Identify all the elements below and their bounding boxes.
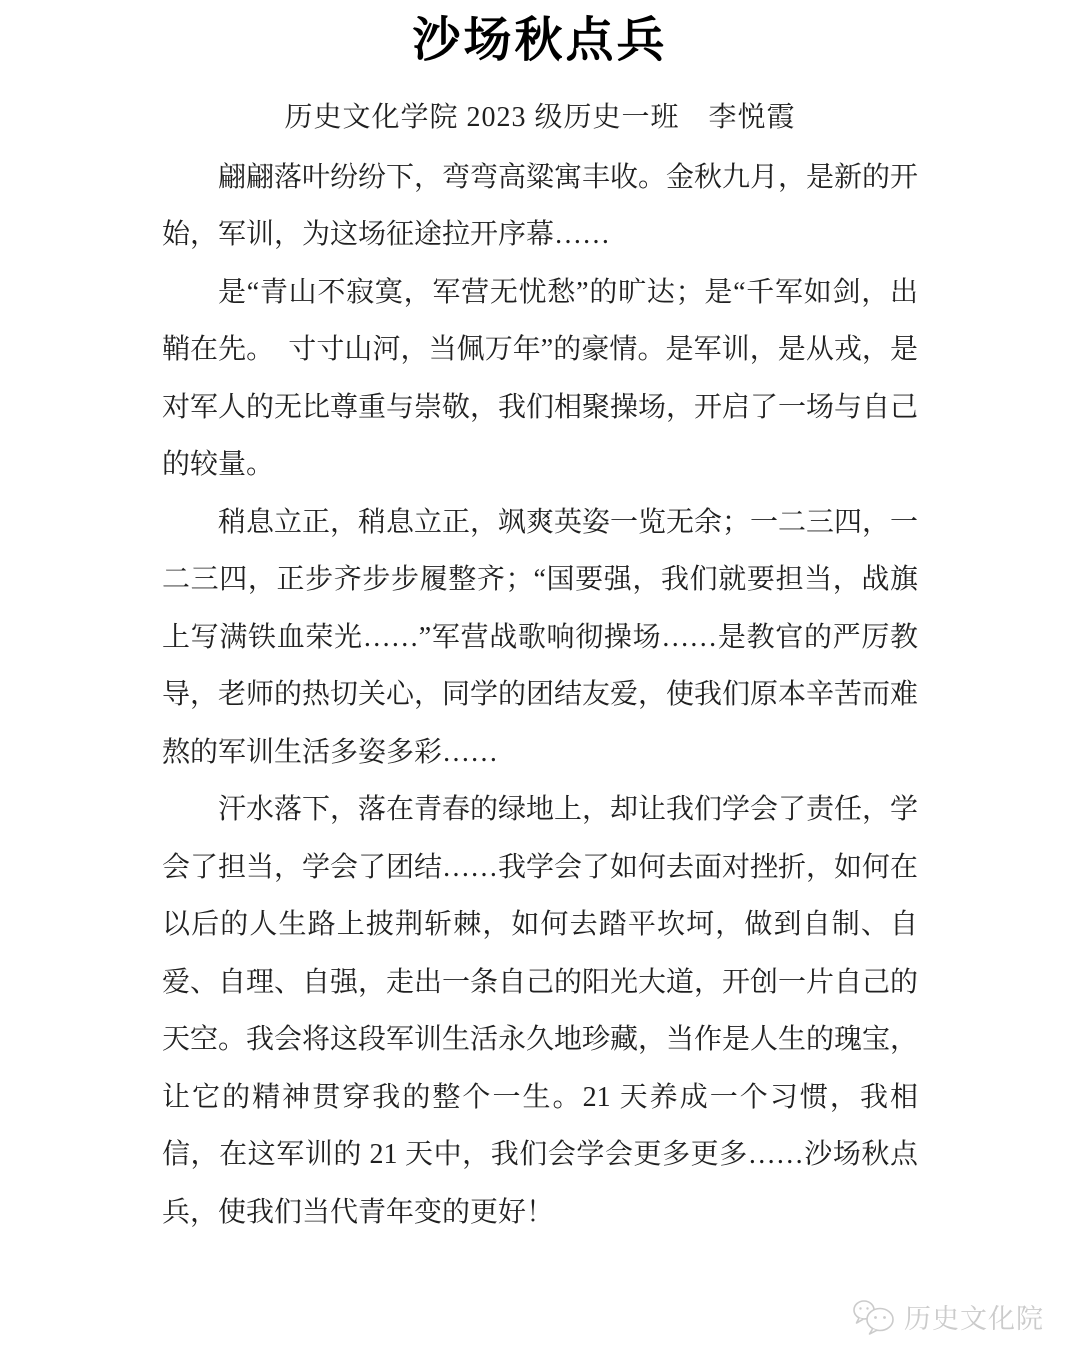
document-page: 沙场秋点兵 历史文化学院 2023 级历史一班 李悦霞 翩翩落叶纷纷下，弯弯高粱… [0,0,1080,1362]
paragraph-1: 翩翩落叶纷纷下，弯弯高粱寓丰收。金秋九月，是新的开始，军训，为这场征途拉开序幕…… [162,149,918,264]
paragraph-4: 汗水落下，落在青春的绿地上，却让我们学会了责任，学会了担当，学会了团结……我学会… [162,781,918,1241]
watermark-label: 历史文化院 [904,1297,1044,1336]
document-body: 翩翩落叶纷纷下，弯弯高粱寓丰收。金秋九月，是新的开始，军训，为这场征途拉开序幕…… [162,149,918,1242]
watermark: 历史文化院 [852,1297,1044,1336]
document-title: 沙场秋点兵 [0,12,1080,70]
paragraph-2: 是“青山不寂寞，军营无忧愁”的旷达；是“千军如剑，出鞘在先。 寸寸山河，当佩万年… [162,264,918,494]
paragraph-3: 稍息立正，稍息立正，飒爽英姿一览无余；一二三四，一二三四，正步齐步步履整齐；“国… [162,494,918,782]
wechat-icon [852,1298,896,1335]
byline: 历史文化学院 2023 级历史一班 李悦霞 [0,95,1080,135]
